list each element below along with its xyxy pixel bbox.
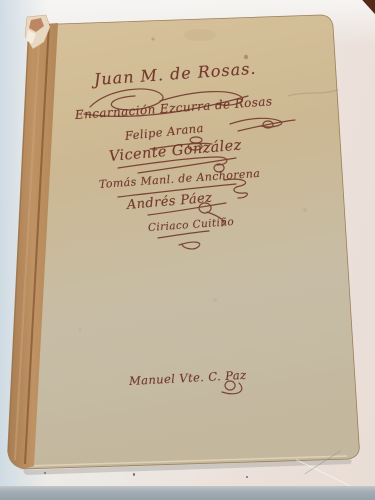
dust-speck: [246, 476, 248, 478]
photo-of-book-cover: Juan M. de Rosas. Encarnación Ezcurra de…: [0, 0, 375, 500]
dust-speck: [44, 472, 46, 474]
dust-speck: [133, 473, 135, 476]
book-cover: [8, 15, 359, 469]
bottom-edge-band: [0, 486, 375, 500]
